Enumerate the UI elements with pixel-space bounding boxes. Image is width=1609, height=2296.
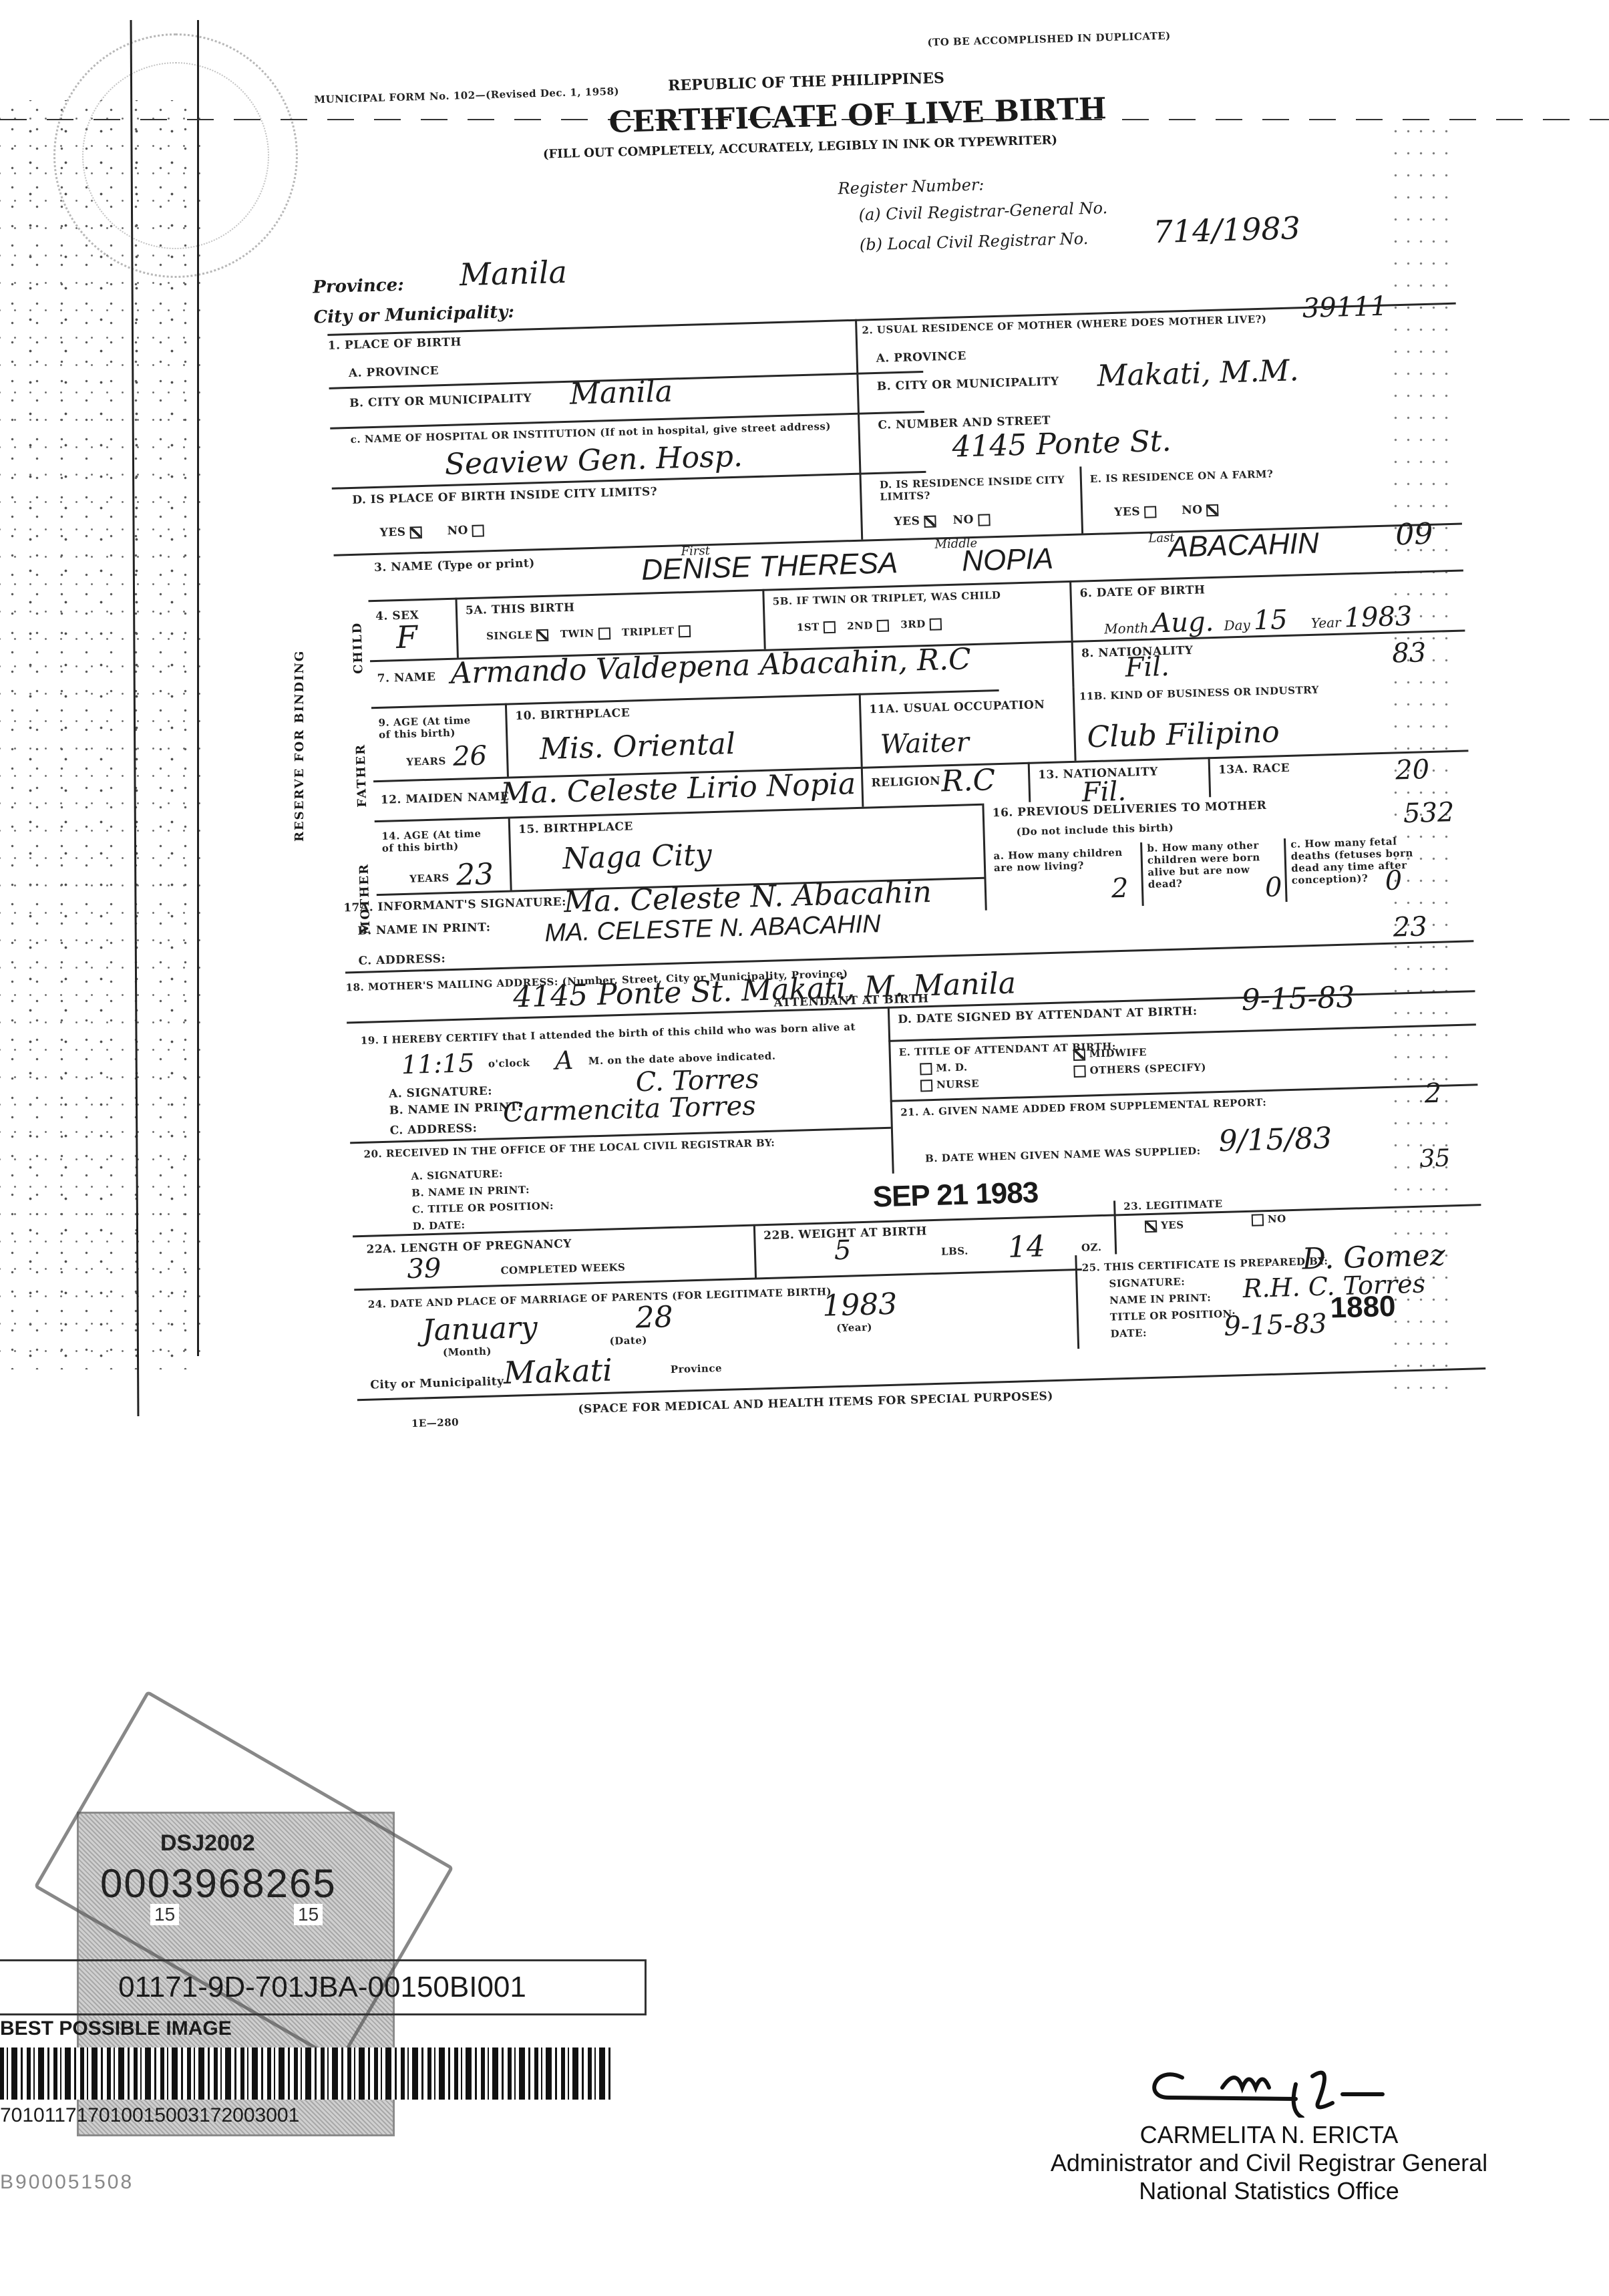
dob-label: 6. DATE OF BIRTH (1079, 583, 1205, 600)
mr-farm-label: e. IS RESIDENCE ON A FARM? (1090, 468, 1274, 485)
triplet-checkbox[interactable] (678, 625, 690, 637)
legitimate-yes-checkbox[interactable] (1145, 1220, 1157, 1233)
third-checkbox[interactable] (929, 618, 941, 630)
informant-signature-label: 17a. INFORMANT'S SIGNATURE: (343, 895, 566, 915)
father-nationality-value: Fil. (1125, 651, 1170, 683)
crg-number-label: (a) Civil Registrar-General No. (858, 198, 1107, 224)
years-label: Years (409, 872, 450, 885)
lcr-number-value: 714/1983 (1153, 210, 1301, 250)
dob-day: 15 (1253, 605, 1288, 636)
mother-age-value: 23 (456, 857, 494, 892)
signatory-name: CARMELITA N. ERICTA (1022, 2121, 1516, 2149)
register-number-label: Register Number: (838, 175, 985, 198)
margin-code: 23 (1393, 911, 1427, 943)
margin-code: 39111 (1302, 291, 1387, 325)
margin-code: 20 (1395, 754, 1430, 786)
this-birth-options: SINGLE TWIN TRIPLET (486, 625, 695, 643)
form-divider (1028, 762, 1031, 802)
form-divider (753, 1224, 757, 1277)
attendant-title-md: M. D. (916, 1061, 968, 1076)
pob-hospital-value: Seaview Gen. Hosp. (444, 440, 743, 482)
pob-city-value: Manila (569, 374, 673, 411)
date-signed-label: d. DATE SIGNED BY ATTENDANT AT BIRTH: (898, 1005, 1198, 1027)
father-name-label: 7. NAME (377, 671, 435, 685)
signatory-title: Administrator and Civil Registrar Genera… (1022, 2149, 1516, 2177)
scan-noise-left (0, 100, 200, 1369)
living-children-value: 2 (1111, 873, 1129, 905)
margin-code: 09 (1395, 517, 1433, 552)
received-name-label: b. NAME IN PRINT: (411, 1184, 530, 1199)
this-birth-label: 5a. THIS BIRTH (466, 601, 575, 618)
maiden-name-label: 12. MAIDEN NAME (381, 790, 510, 807)
mr-farm-options: YES NO (1114, 503, 1223, 520)
single-checkbox[interactable] (536, 629, 548, 641)
twin-order-label: 5b. IF TWIN OR TRIPLET, WAS CHILD (773, 589, 1001, 608)
birth-ampm: A (554, 1045, 574, 1076)
pob-inside-city-label: d. IS PLACE OF BIRTH INSIDE CITY LIMITS? (352, 485, 658, 507)
form-divider (762, 589, 766, 649)
form-divider (1140, 842, 1144, 906)
race-label: 13a. RACE (1218, 762, 1290, 777)
certificate-title: CERTIFICATE OF LIVE BIRTH (608, 92, 1107, 140)
occupation-value: Waiter (880, 727, 969, 760)
legitimate-label: 23. LEGITIMATE (1123, 1198, 1223, 1212)
years-label: Years (406, 755, 446, 768)
nso-signatory-block: CARMELITA N. ERICTA Administrator and Ci… (1022, 2058, 1516, 2205)
year-label: (Year) (836, 1321, 872, 1334)
prepared-title-code: 1880 (1330, 1290, 1396, 1325)
marriage-month: January (421, 1311, 538, 1348)
signature-icon (1142, 2058, 1396, 2118)
form-code: 1E—280 (411, 1416, 460, 1430)
date-label: (Date) (609, 1334, 647, 1347)
pob-inside-city-options: YES NO (379, 523, 488, 540)
father-birthplace-value: Mis. Oriental (539, 727, 736, 766)
mr-inside-city-options: YES NO (894, 512, 994, 528)
place-of-birth-label: 1. PLACE OF BIRTH (328, 335, 462, 353)
serial-number: B900051508 (0, 2171, 134, 2194)
mother-birthplace-value: Naga City (562, 838, 713, 876)
others-checkbox[interactable] (1073, 1065, 1085, 1078)
form-divider (855, 319, 863, 540)
date-supplied-value: 9/15/83 (1218, 1121, 1332, 1158)
mr-farm-no-checkbox[interactable] (1206, 504, 1218, 516)
marriage-province-label: Province (671, 1362, 723, 1375)
quality-note: BEST POSSIBLE IMAGE (0, 2017, 232, 2040)
margin-line (197, 20, 199, 1356)
margin-code: 83 (1392, 637, 1427, 669)
mother-age-label: 14. AGE (At time of this birth) (381, 827, 496, 854)
marriage-year: 1983 (822, 1287, 898, 1323)
special-purposes-note: (SPACE FOR MEDICAL AND HEALTH ITEMS FOR … (578, 1389, 1053, 1416)
dob-month: Aug. (1151, 607, 1214, 639)
received-title-label: c. TITLE OR POSITION: (412, 1200, 554, 1216)
mr-inside-yes-checkbox[interactable] (924, 515, 936, 527)
father-section-label: FATHER (353, 744, 369, 808)
md-checkbox[interactable] (920, 1063, 932, 1075)
mr-city-label: b. CITY OR MUNICIPALITY (877, 375, 1059, 393)
mr-province-label: a. PROVINCE (876, 349, 966, 365)
pregnancy-weeks-value: 39 (407, 1253, 441, 1285)
religion-label: RELIGION (871, 774, 940, 790)
marriage-date: 28 (635, 1300, 673, 1335)
mr-street-value: 4145 Ponte St. (952, 424, 1172, 464)
informant-name-label: b. NAME IN PRINT: (357, 921, 491, 938)
binding-label: RESERVE FOR BINDING (293, 650, 307, 842)
form-divider (1073, 687, 1077, 761)
legitimate-yes: YES (1141, 1219, 1184, 1233)
form-divider (508, 817, 512, 890)
prepared-by-label: 25. THIS CERTIFICATE IS PREPARED BY: (1082, 1255, 1328, 1274)
legitimate-no-checkbox[interactable] (1252, 1214, 1264, 1226)
occupation-label: 11a. USUAL OCCUPATION (869, 698, 1045, 716)
month-label: (Month) (443, 1345, 492, 1359)
office-name: National Statistics Office (1022, 2177, 1516, 2205)
duplicate-note: (TO BE ACCOMPLISHED IN DUPLICATE) (927, 29, 1171, 48)
child-name-label: 3. NAME (Type or print) (374, 556, 535, 575)
form-number: MUNICIPAL FORM No. 102—(Revised Dec. 1, … (314, 86, 619, 106)
birth-certificate-form: (TO BE ACCOMPLISHED IN DUPLICATE) MUNICI… (321, 55, 1483, 1329)
dob-year: 1983 (1344, 601, 1413, 634)
child-last-name: ABACAHIN (1168, 527, 1319, 564)
mr-inside-city-label: d. IS RESIDENCE INSIDE CITY LIMITS? (880, 473, 1081, 502)
lcr-number-label: (b) Local Civil Registrar No. (860, 229, 1089, 255)
barcode-number: 701011717010015003172003001 (0, 2104, 299, 2127)
father-birthplace-label: 10. BIRTHPLACE (515, 706, 630, 723)
attendant-address-label: c. ADDRESS: (389, 1122, 477, 1138)
child-middle-name: NOPIA (962, 542, 1054, 579)
margin-code: 2 (1424, 1078, 1442, 1110)
birth-time: 11:15 (401, 1048, 475, 1080)
prepared-date-label: DATE: (1110, 1327, 1147, 1340)
child-first-name: DENISE THERESA (641, 546, 898, 587)
industry-label: 11b. KIND OF BUSINESS OR INDUSTRY (1079, 683, 1333, 703)
province-value: Manila (459, 254, 567, 293)
attendant-signature-label: a. SIGNATURE: (389, 1084, 492, 1100)
mr-farm-yes-checkbox[interactable] (1144, 506, 1156, 518)
religion-value: R.C (941, 763, 996, 798)
form-divider (861, 767, 864, 807)
oz-label: OZ. (1081, 1241, 1102, 1254)
barcode (0, 2047, 614, 2100)
form-divider (455, 598, 459, 658)
prepared-date: 9-15-83 (1224, 1309, 1328, 1342)
date-supplied-label: b. DATE WHEN GIVEN NAME WAS SUPPLIED: (925, 1145, 1201, 1165)
stamp-value: 15 (150, 1904, 179, 1925)
sex-value: F (395, 619, 417, 655)
form-divider (1069, 581, 1073, 641)
received-signature-label: a. SIGNATURE: (411, 1168, 503, 1182)
received-date-stamp: SEP 21 1983 (872, 1176, 1039, 1214)
prepared-title-label: TITLE OR POSITION: (1110, 1307, 1236, 1323)
attendant-title-others: OTHERS (Specify) (1069, 1061, 1206, 1078)
form-divider (1079, 466, 1083, 533)
form-divider (888, 1007, 894, 1174)
pob-inside-no-checkbox[interactable] (472, 524, 484, 536)
date-signed-value: 9-15-83 (1241, 980, 1355, 1017)
received-date-label: d. DATE: (412, 1219, 465, 1233)
form-divider (1071, 641, 1075, 687)
prepared-signature-label: SIGNATURE: (1109, 1276, 1185, 1290)
legitimate-no: NO (1248, 1212, 1286, 1226)
father-name-value: Armando Valdepena Abacahin, R.C (450, 642, 971, 691)
pob-inside-yes-checkbox[interactable] (409, 526, 421, 538)
weight-oz-value: 14 (1007, 1229, 1045, 1265)
dob-value: Month Aug. Day 15 Year 1983 (1103, 601, 1413, 641)
marriage-label: 24. DATE AND PLACE OF MARRIAGE OF PARENT… (368, 1285, 832, 1310)
maiden-name-value: Ma. Celeste Lirio Nopia (500, 767, 856, 811)
child-section-label: CHILD (350, 621, 365, 674)
stamp-code: DSJ2002 (160, 1830, 255, 1856)
marriage-city: Makati (503, 1352, 612, 1391)
nurse-checkbox[interactable] (920, 1080, 932, 1092)
lbs-label: LBS. (941, 1245, 968, 1258)
father-age-label: 9. AGE (At time of this birth) (378, 713, 486, 740)
form-divider (1113, 1200, 1117, 1254)
republic-heading: REPUBLIC OF THE PHILIPPINES (668, 69, 944, 95)
informant-address-label: c. ADDRESS: (358, 952, 445, 968)
control-number: 01171-9D-701JBA-00150BI001 (0, 1959, 647, 2015)
form-rule (354, 1269, 1082, 1291)
attendant-name: Carmencita Torres (502, 1090, 756, 1128)
first-checkbox[interactable] (824, 621, 836, 633)
form-divider (859, 693, 863, 767)
mother-birthplace-label: 15. BIRTHPLACE (518, 820, 633, 836)
pob-hospital-label: c. NAME OF HOSPITAL OR INSTITUTION (If n… (351, 420, 832, 446)
margin-code: 532 (1403, 797, 1455, 829)
weeks-label: COMPLETED WEEKS (500, 1261, 625, 1277)
twin-order-options: 1ST 2ND 3RD (797, 617, 946, 634)
form-divider (982, 804, 987, 911)
mr-city-value: Makati, M.M. (1097, 353, 1299, 393)
oclock-label: o'clock (488, 1057, 530, 1070)
midwife-checkbox[interactable] (1073, 1049, 1085, 1061)
stamp-value: 15 (294, 1904, 323, 1925)
fetal-deaths-value: 0 (1385, 865, 1403, 896)
weight-lbs-value: 5 (834, 1235, 852, 1267)
dead-children-value: 0 (1264, 872, 1282, 903)
living-children-label: a. How many children are now living? (993, 846, 1127, 874)
second-checkbox[interactable] (877, 620, 889, 632)
city-label: City or Municipality: (313, 302, 514, 327)
attendant-title-nurse: NURSE (916, 1078, 980, 1092)
margin-code: 35 (1419, 1144, 1451, 1172)
official-seal (53, 33, 298, 278)
father-age-value: 26 (452, 740, 487, 772)
industry-value: Club Filipino (1087, 715, 1280, 754)
form-rule (375, 804, 982, 822)
attendant-title-midwife: MIDWIFE (1069, 1046, 1147, 1061)
form-rule (888, 1023, 1476, 1042)
mother-residence-label: 2. USUAL RESIDENCE OF MOTHER (Where does… (862, 313, 1267, 337)
dead-children-label: b. How many other children were born ali… (1147, 838, 1282, 890)
marriage-city-label: City or Municipality (370, 1375, 504, 1392)
previous-deliveries-note: (Do not include this birth) (1016, 822, 1174, 838)
previous-deliveries-label: 16. PREVIOUS DELIVERIES TO MOTHER (992, 799, 1266, 820)
pregnancy-length-label: 22a. LENGTH OF PREGNANCY (366, 1237, 572, 1257)
form-divider (1284, 838, 1288, 902)
province-label: Province: (313, 275, 404, 298)
form-divider (1208, 757, 1212, 797)
mr-inside-no-checkbox[interactable] (978, 514, 990, 526)
pob-province-label: a. PROVINCE (349, 364, 439, 380)
attendant-certify-label: 19. I HEREBY CERTIFY that I attended the… (361, 1021, 868, 1047)
prepared-name-label: NAME IN PRINT: (1109, 1291, 1212, 1306)
mailing-address-value: 4145 Ponte St. Makati, M. Manila (512, 966, 1016, 1014)
twin-checkbox[interactable] (598, 627, 610, 639)
pob-city-label: b. CITY OR MUNICIPALITY (349, 391, 532, 410)
form-divider (505, 703, 509, 777)
stamp-serial: 0003968265 (100, 1860, 337, 1907)
